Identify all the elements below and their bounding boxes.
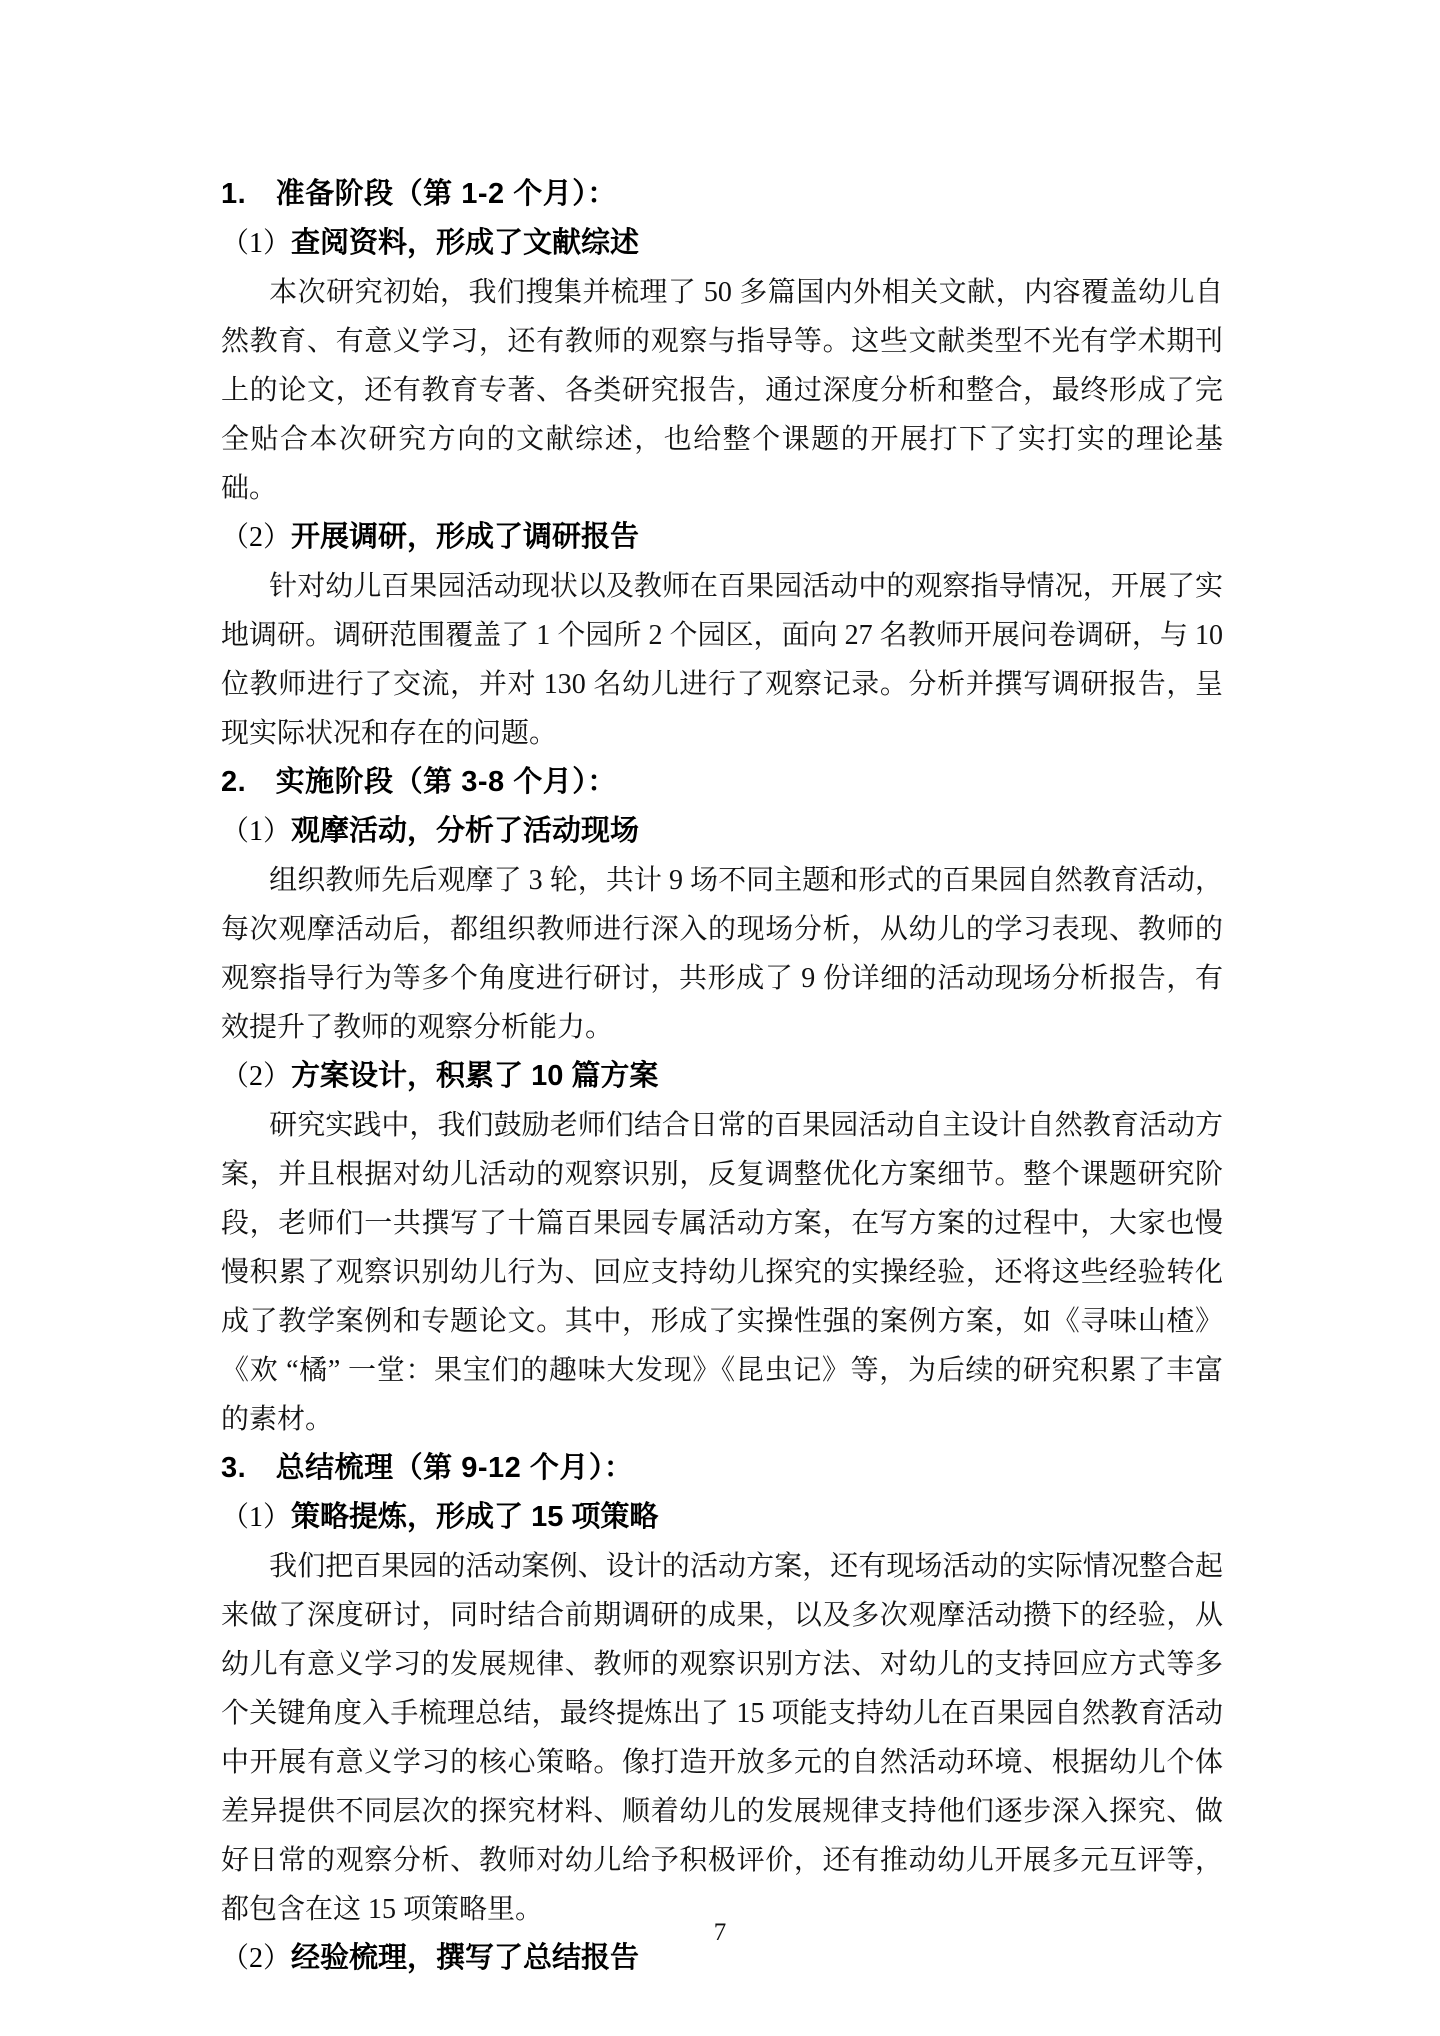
subsection-number: （1） <box>221 1502 291 1533</box>
subsection-title: 查阅资料，形成了文献综述 <box>291 227 639 259</box>
page-number: 7 <box>714 1919 727 1946</box>
subsection-heading-1-2: （2）开展调研，形成了调研报告 <box>221 513 1223 562</box>
subsection-number: （1） <box>221 816 291 847</box>
body-paragraph: 针对幼儿百果园活动现状以及教师在百果园活动中的观察指导情况，开展了实地调研。调研… <box>221 562 1223 758</box>
subsection-title: 方案设计，积累了 10 篇方案 <box>291 1060 658 1092</box>
document-body: 1. 准备阶段（第 1-2 个月）： （1）查阅资料，形成了文献综述 本次研究初… <box>221 170 1223 1983</box>
subsection-heading-2-2: （2）方案设计，积累了 10 篇方案 <box>221 1052 1223 1101</box>
section-heading-1: 1. 准备阶段（第 1-2 个月）： <box>221 170 1223 219</box>
subsection-heading-1-1: （1）查阅资料，形成了文献综述 <box>221 219 1223 268</box>
subsection-number: （1） <box>221 228 291 259</box>
page-footer: 7 <box>0 1916 1440 1950</box>
subsection-number: （2） <box>221 522 291 553</box>
section-heading-2: 2. 实施阶段（第 3-8 个月）： <box>221 758 1223 807</box>
subsection-title: 开展调研，形成了调研报告 <box>291 521 639 553</box>
body-paragraph: 本次研究初始，我们搜集并梳理了 50 多篇国内外相关文献，内容覆盖幼儿自然教育、… <box>221 268 1223 513</box>
body-paragraph: 组织教师先后观摩了 3 轮，共计 9 场不同主题和形式的百果园自然教育活动，每次… <box>221 856 1223 1052</box>
subsection-title: 策略提炼，形成了 15 项策略 <box>291 1501 658 1533</box>
subsection-number: （2） <box>221 1061 291 1092</box>
body-paragraph: 我们把百果园的活动案例、设计的活动方案，还有现场活动的实际情况整合起来做了深度研… <box>221 1542 1223 1934</box>
section-heading-3: 3. 总结梳理（第 9-12 个月）： <box>221 1444 1223 1493</box>
document-page: 1. 准备阶段（第 1-2 个月）： （1）查阅资料，形成了文献综述 本次研究初… <box>0 0 1440 2036</box>
subsection-heading-3-1: （1）策略提炼，形成了 15 项策略 <box>221 1493 1223 1542</box>
subsection-heading-2-1: （1）观摩活动，分析了活动现场 <box>221 807 1223 856</box>
body-paragraph: 研究实践中，我们鼓励老师们结合日常的百果园活动自主设计自然教育活动方案，并且根据… <box>221 1101 1223 1444</box>
subsection-title: 观摩活动，分析了活动现场 <box>291 815 639 847</box>
